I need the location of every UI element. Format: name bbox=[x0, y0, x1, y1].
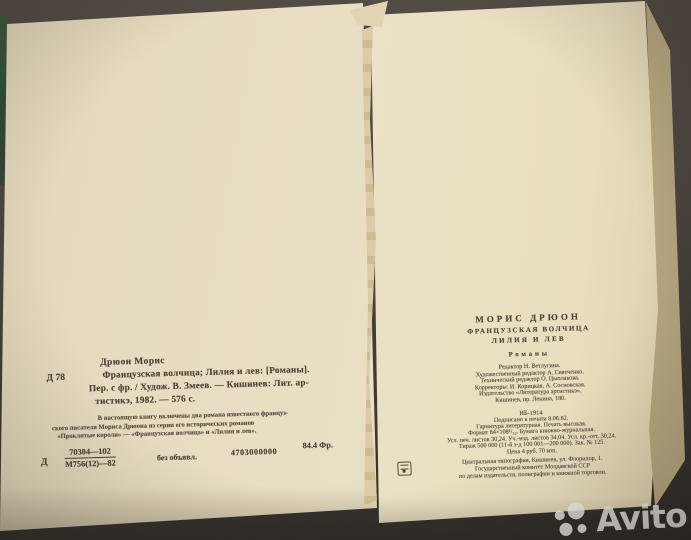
avito-watermark-label: Avito bbox=[596, 498, 688, 536]
genre-label: Романы bbox=[390, 347, 668, 362]
catalog-letter: Д bbox=[41, 457, 48, 467]
colophon-block: МОРИС ДРЮОН ФРАНЦУЗСКАЯ ВОЛЧИЦА ЛИЛИЯ И … bbox=[389, 309, 672, 483]
announcement-note: без объявл. bbox=[157, 452, 197, 462]
imprint-details: Подписано к печати 8.06.82. Гарнитура ли… bbox=[392, 412, 671, 459]
fraction-denominator: М756(12)—82 bbox=[65, 458, 116, 469]
catalog-card-block: Дрюон Морис Д 78 Французская волчица; Ли… bbox=[26, 348, 347, 479]
editorial-staff-list: Редактор Н. Ветлугина. Художественный ре… bbox=[391, 360, 670, 408]
bbk-code: 84.4 Фр. bbox=[302, 440, 333, 450]
avito-watermark: Avito bbox=[555, 497, 688, 540]
author-heading: Дрюон Морис bbox=[100, 356, 165, 368]
catalog-line: Пер. с фр. / Худож. В. Змеев. — Кишинев:… bbox=[89, 378, 309, 394]
book-photo: Дрюон Морис Д 78 Французская волчица; Ли… bbox=[0, 0, 691, 540]
index-code: Д 78 bbox=[46, 373, 65, 384]
avito-logo-icon bbox=[555, 502, 593, 540]
catalog-line: тистикэ, 1982. — 576 с. bbox=[95, 394, 195, 407]
annotation-line: В настоящую книгу включены два романа из… bbox=[98, 410, 289, 422]
printer-emblem-icon bbox=[397, 461, 411, 475]
catalog-fraction: 70304—102 М756(12)—82 bbox=[65, 447, 116, 469]
publication-code: 4703000000 bbox=[231, 447, 278, 457]
